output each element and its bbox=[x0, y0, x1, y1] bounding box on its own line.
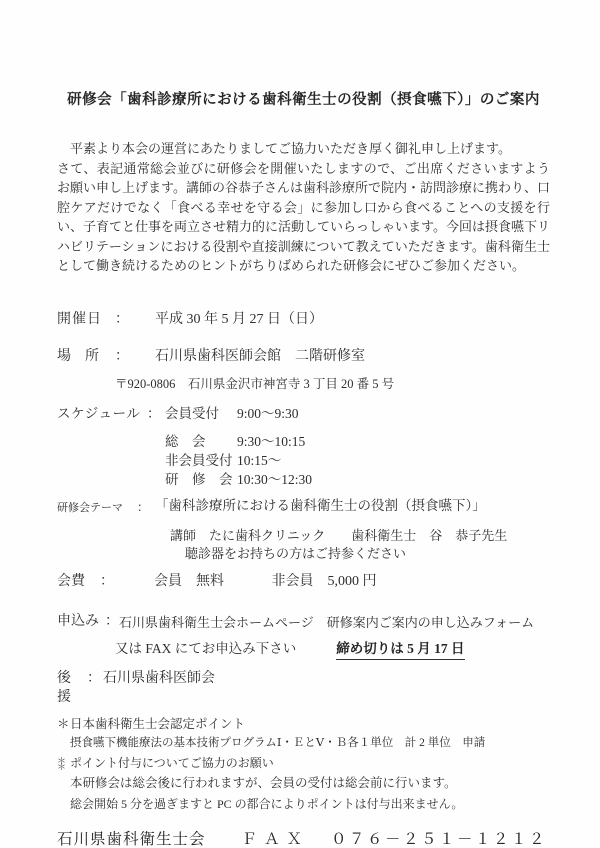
theme-row: 研修会テーマ ： 「歯科診療所における歯科衛生士の役割（摂食嚥下）」 bbox=[57, 496, 550, 518]
application-fax-line: 又は FAX にてお申込み下さい 締め切りは 5 月 17 日 bbox=[57, 639, 550, 660]
event-place-row: 場 所 ： 石川県歯科医師会館 二階研修室 bbox=[57, 347, 550, 366]
event-date-label: 開催日 bbox=[57, 310, 115, 329]
event-place-colon: ： bbox=[115, 347, 155, 366]
schedule-item-time: 9:30～10:15 bbox=[237, 432, 305, 451]
fee-member: 会員 無料 bbox=[154, 572, 224, 591]
application-row: 申込み ： 石川県歯科衛生士会ホームページ 研修案内ご案内の申し込みフォーム bbox=[57, 612, 550, 632]
schedule-item-time: 9:00～9:30 bbox=[237, 404, 299, 423]
schedule-item-member-reception: 会員受付 9:00～9:30 bbox=[165, 404, 312, 423]
points-cooperation-heading: ＊ ＊ ポイント付与についてご協力のお願い bbox=[57, 753, 550, 773]
event-date-value: 平成 30 年 5 月 27 日（日） bbox=[155, 310, 323, 329]
lecturer-line: 講師 たに歯科クリニック 歯科衛生士 谷 恭子先生 bbox=[57, 527, 550, 545]
points-deadline-note: 総会開始 5 分を過ぎますと PC の都合によりポイントは付与出来ません。 bbox=[57, 794, 550, 815]
application-label: 申込み bbox=[57, 612, 105, 631]
notes-block: ＊ 日本歯科衛生士会認定ポイント 摂食嚥下機能療法の基本技術プログラムⅠ・ＥとⅤ… bbox=[57, 715, 550, 815]
event-place-label: 場 所 bbox=[57, 347, 115, 366]
scanned-notice-document: 研修会「歯科診療所における歯科衛生士の役割（摂食嚥下）」のご案内 平素より本会の… bbox=[0, 0, 600, 848]
certification-points-text: 日本歯科衛生士会認定ポイント bbox=[70, 715, 245, 733]
reception-timing-note: 本研修会は総会後に行われますが、会員の受付は総会前に行います。 bbox=[57, 773, 550, 794]
support-colon: ： bbox=[87, 669, 103, 688]
event-date-row: 開催日 ： 平成 30 年 5 月 27 日（日） bbox=[57, 310, 550, 329]
fee-non-member: 非会員 5,000 円 bbox=[272, 572, 377, 591]
schedule-item-name: 会員受付 bbox=[165, 404, 237, 423]
schedule-item-nonmember-reception: 非会員受付 10:15～ bbox=[165, 451, 312, 470]
stethoscope-note: 聴診器をお持ちの方はご持参ください bbox=[57, 545, 550, 563]
fax-number: ０７６－２５１－１２１２ bbox=[331, 827, 547, 848]
schedule-colon: ： bbox=[147, 404, 165, 423]
support-label: 後援 bbox=[57, 669, 85, 707]
certification-points-heading: ＊ 日本歯科衛生士会認定ポイント bbox=[57, 715, 550, 733]
schedule-list: 会員受付 9:00～9:30 総 会 9:30～10:15 非会員受付 10:1… bbox=[165, 404, 312, 489]
schedule-item-name: 非会員受付 bbox=[165, 451, 237, 470]
fee-row: 会費 ： 会員 無料 非会員 5,000 円 bbox=[57, 572, 550, 591]
event-place-value: 石川県歯科医師会館 二階研修室 bbox=[155, 347, 365, 366]
theme-title: 「歯科診療所における歯科衛生士の役割（摂食嚥下）」 bbox=[155, 496, 486, 515]
schedule-item-time: 10:30～12:30 bbox=[237, 470, 312, 489]
schedule-item-general-meeting: 総 会 9:30～10:15 bbox=[165, 432, 312, 451]
points-cooperation-text: ポイント付与についてご協力のお願い bbox=[70, 753, 274, 773]
application-fax-text: 又は FAX にてお申込み下さい bbox=[115, 639, 296, 660]
program-units-line: 摂食嚥下機能療法の基本技術プログラムⅠ・ＥとⅤ・Ｂ各１単位 計 2 単位 申請 bbox=[57, 733, 550, 753]
event-date-colon: ： bbox=[115, 310, 155, 329]
intro-paragraph-1: 平素より本会の運営にあたりましてご協力いただき厚く御礼申し上げます。 bbox=[57, 139, 550, 159]
schedule-item-name: 研 修 会 bbox=[165, 470, 237, 489]
schedule-item-seminar: 研 修 会 10:30～12:30 bbox=[165, 470, 312, 489]
event-address: 〒920-0806 石川県金沢市神宮寺 3 丁目 20 番 5 号 bbox=[57, 376, 550, 393]
intro-paragraphs: 平素より本会の運営にあたりましてご協力いただき厚く御礼申し上げます。 さて、表記… bbox=[57, 139, 550, 276]
schedule-row: スケジュール ： 会員受付 9:00～9:30 総 会 9:30～10:15 非… bbox=[57, 404, 550, 489]
fax-label: ＦＡＸ bbox=[242, 827, 310, 848]
schedule-label: スケジュール bbox=[57, 404, 147, 423]
application-method: 石川県歯科衛生士会ホームページ 研修案内ご案内の申し込みフォーム bbox=[119, 612, 534, 632]
support-row: 後援 ： 石川県歯科医師会 bbox=[57, 669, 550, 707]
schedule-item-name: 総 会 bbox=[165, 432, 237, 451]
support-value: 石川県歯科医師会 bbox=[103, 669, 215, 688]
application-colon: ： bbox=[105, 612, 119, 631]
organization-name: 石川県歯科衛生士会 bbox=[57, 827, 206, 848]
asterisk-marker: ＊ bbox=[57, 715, 70, 733]
application-deadline: 締め切りは 5 月 17 日 bbox=[336, 639, 464, 660]
theme-colon: ： bbox=[137, 496, 155, 517]
theme-label: 研修会テーマ bbox=[57, 496, 137, 518]
double-asterisk-marker: ＊ ＊ bbox=[57, 756, 70, 770]
intro-paragraph-2: さて、表記通常総会並びに研修会を開催いたしますので、ご出席くださいますようお願い… bbox=[57, 159, 550, 276]
document-title: 研修会「歯科診療所における歯科衛生士の役割（摂食嚥下）」のご案内 bbox=[57, 88, 550, 109]
footer-contact: 石川県歯科衛生士会 ＦＡＸ ０７６－２５１－１２１２ bbox=[57, 827, 550, 848]
fee-label: 会費 bbox=[57, 572, 100, 591]
fee-values: 会員 無料 非会員 5,000 円 bbox=[154, 572, 377, 591]
schedule-item-time: 10:15～ bbox=[237, 451, 281, 470]
fee-colon: ： bbox=[100, 572, 154, 591]
